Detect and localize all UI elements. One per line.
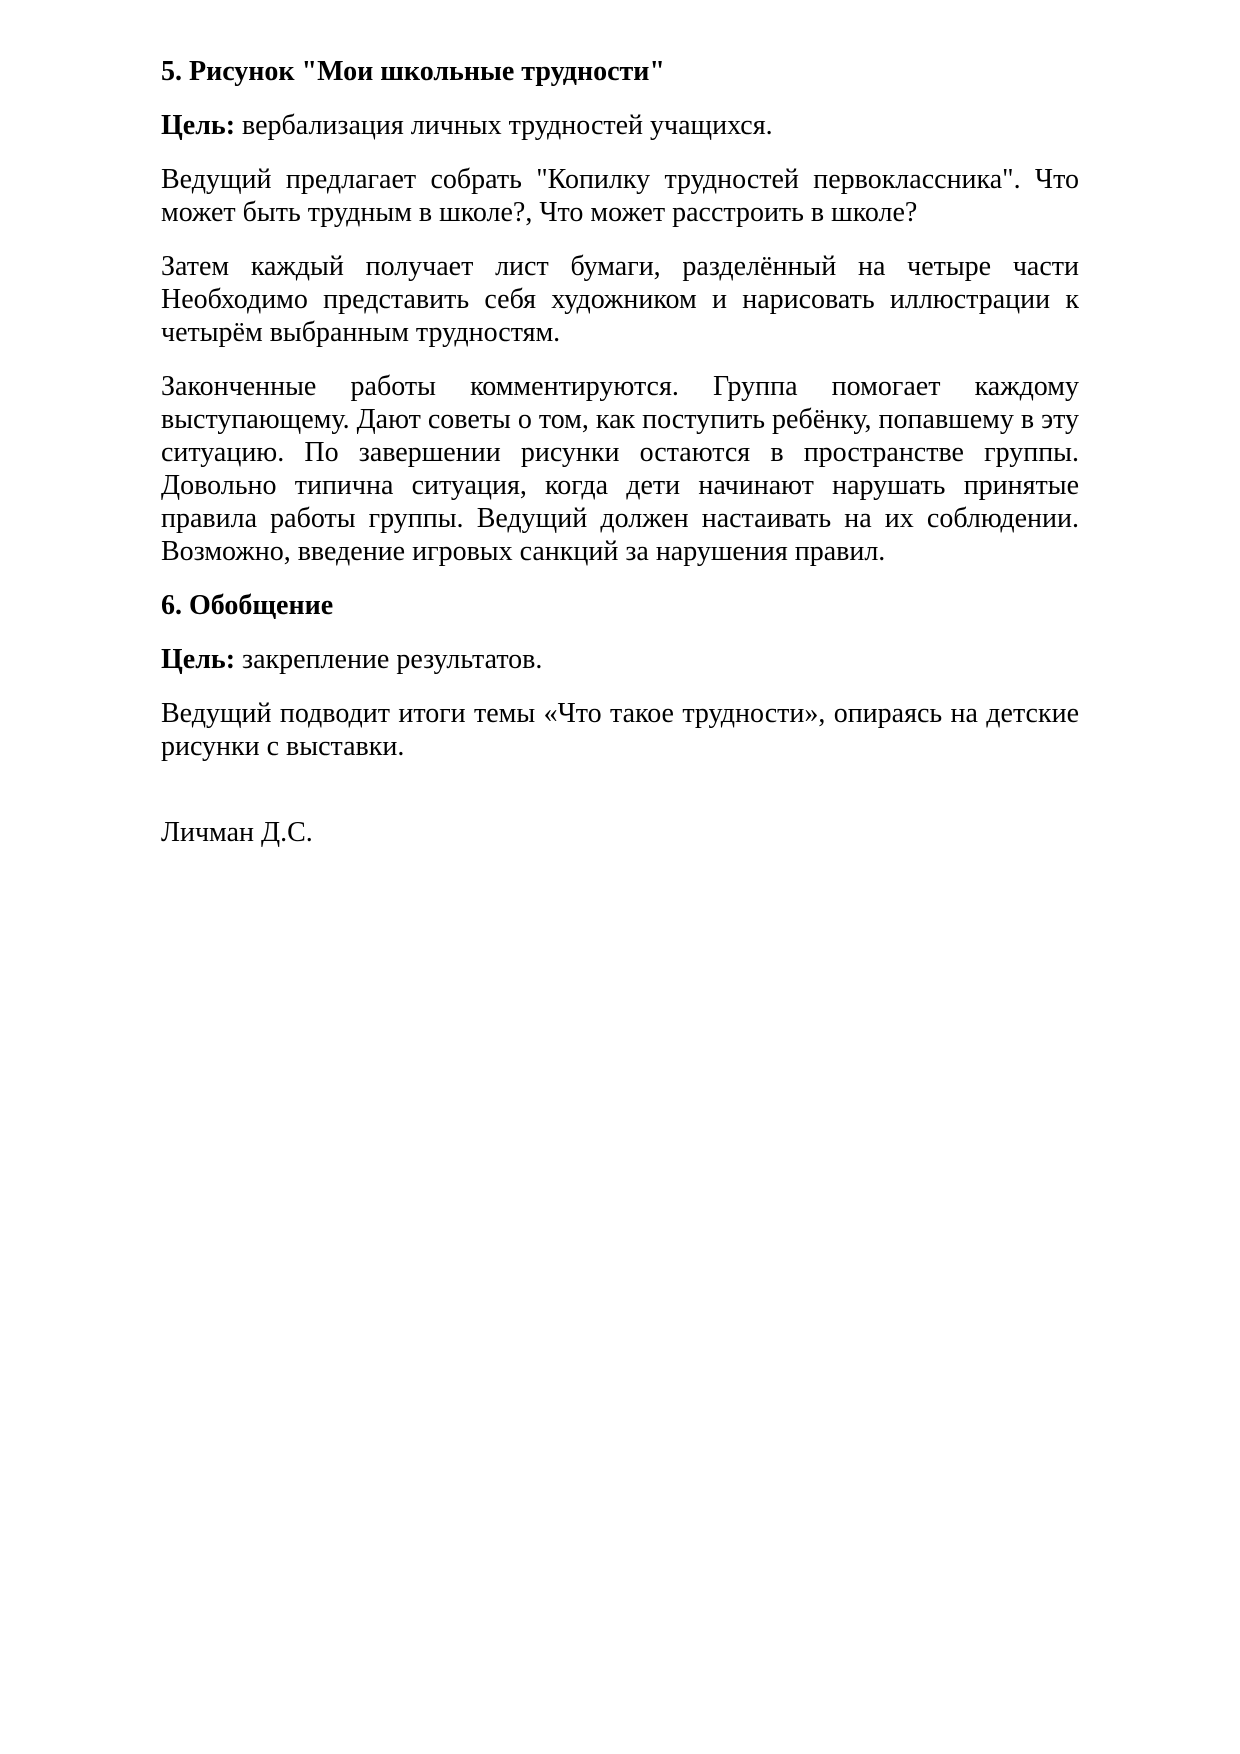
section-5-goal: Цель: вербализация личных трудностей уча… — [161, 109, 1079, 142]
section-6-heading: 6. Обобщение — [161, 589, 1079, 622]
section-5-heading: 5. Рисунок "Мои школьные трудности" — [161, 55, 1079, 88]
paragraph-piggybank: Ведущий предлагает собрать "Копилку труд… — [161, 163, 1079, 229]
paragraph-drawing-task: Затем каждый получает лист бумаги, разде… — [161, 250, 1079, 349]
paragraph-discussion: Законченные работы комментируются. Групп… — [161, 370, 1079, 568]
goal-text: вербализация личных трудностей учащихся. — [242, 110, 773, 141]
document-page: 5. Рисунок "Мои школьные трудности" Цель… — [0, 0, 1240, 1754]
goal-label: Цель: — [161, 110, 235, 141]
goal-text: закрепление результатов. — [242, 644, 542, 675]
author-signature: Личман Д.С. — [161, 816, 1079, 849]
paragraph-summary: Ведущий подводит итоги темы «Что такое т… — [161, 697, 1079, 763]
goal-label: Цель: — [161, 644, 235, 675]
section-6-goal: Цель: закрепление результатов. — [161, 643, 1079, 676]
